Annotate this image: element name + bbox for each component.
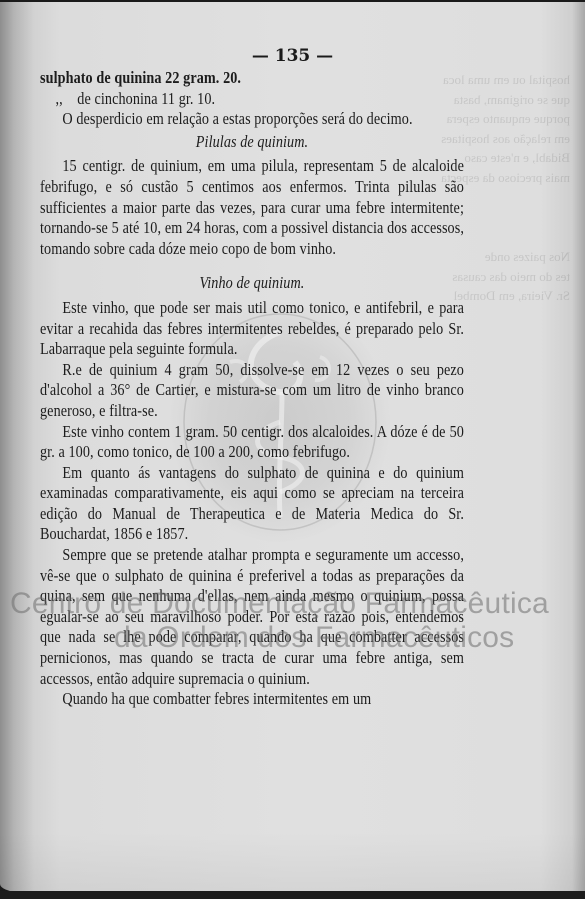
paragraph: R.e de quinium 4 gram 50, dissolve-se em… <box>40 360 464 422</box>
paragraph: O desperdicio em relação a estas proporç… <box>40 109 464 130</box>
watermark-line-1: Centro de Documentação Farmacêutica <box>10 587 585 621</box>
paragraph: Em quanto ás vantagens do sulphato de qu… <box>40 463 464 545</box>
text-line: sulphato de quinina 22 gram. 20. <box>40 68 464 89</box>
paragraph: Quando ha que combatter febres intermite… <box>40 689 464 710</box>
text-line: ,, de cinchonina 11 gr. 10. <box>40 89 464 110</box>
paragraph: Este vinho, que pode ser mais util como … <box>40 298 464 360</box>
scan-border <box>0 891 585 899</box>
watermark-line-2: da Ordem dos Farmacêuticos <box>10 621 585 655</box>
paragraph: Este vinho contem 1 gram. 50 centigr. do… <box>40 422 464 463</box>
section-heading: Vinho de quinium. <box>40 273 464 294</box>
section-heading: Pilulas de quinium. <box>40 132 464 153</box>
paragraph: 15 centigr. de quinium, em uma pilula, r… <box>40 156 464 259</box>
scanned-page: hospital ou em uma loca que se originam,… <box>0 2 585 892</box>
watermark-text: Centro de Documentação Farmacêutica da O… <box>10 587 585 655</box>
